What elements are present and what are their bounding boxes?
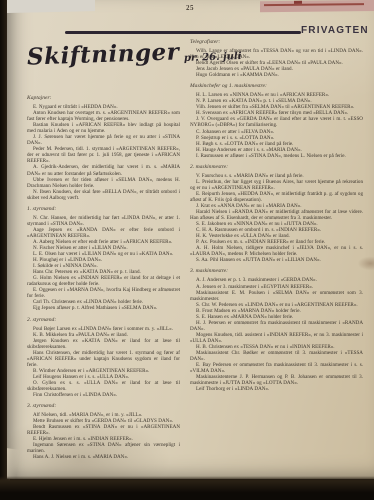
entry-paragraph: N. Ibsen Knudsen, der skal føre »BELLA D…	[27, 189, 180, 201]
cover-edge-mark	[294, 1, 302, 4]
entry-paragraph: G. Holm Nielsen ex »INDIAN REEFER« er il…	[27, 275, 180, 287]
entry-paragraph: Bendt Rasmussen ex »STINA DAN« er nu i »…	[27, 424, 180, 436]
entry-paragraph: Finn Christoffersen er i »LINDA DAN«.	[27, 392, 180, 398]
section-heading: Telegrafister:	[190, 39, 363, 46]
entry-paragraph: H. J. Petersen er ommønstret fra maskina…	[190, 320, 363, 332]
entry-paragraph: Hans Christensen, der midlertidig har væ…	[27, 350, 180, 368]
left-column: Kaptajner:E. Nygaard er tiltrådt i »HEDD…	[27, 95, 180, 460]
entry-paragraph: Bastian Knudsen i »AFRICAN REEFER« blev …	[27, 122, 180, 134]
entry-paragraph: J. V. Overgaard ex »GERDA DAN« er iland …	[190, 116, 363, 128]
entry-paragraph: Maskinassistenterne J. P. Hermansen og P…	[190, 374, 363, 386]
entry-paragraph: Ingemann Sørensen ex »STINA DAN« aftjene…	[27, 442, 180, 454]
entry-paragraph: Ubbe Iversen er for tiden afløser i »SEL…	[27, 177, 180, 189]
entry-paragraph: N. Chr. Hansen, der midlertidig har ført…	[27, 215, 180, 227]
magazine-page: 25 FRIVAGTEN Skiftningerpr. 26. juli Kap…	[7, 0, 374, 479]
entry-paragraph: S. Aa. Pihl Hansen ex »JUTTA DAN« er i »…	[190, 257, 363, 263]
entry-paragraph: S. Chr. W. Pedersen ex »LINDA DAN« er nu…	[190, 302, 363, 308]
cover-edge-band	[260, 0, 374, 12]
entry-paragraph: E. Bay Pedersen er ommønstret fra maskin…	[190, 362, 363, 374]
article-title: Skiftningerpr. 26. juli	[27, 42, 187, 68]
entry-paragraph: Ejg Jepsen afløser p. t. Alfred Mathiase…	[27, 305, 180, 311]
entry-paragraph: J. J. Sørensen har været hjemme på ferie…	[27, 134, 180, 146]
right-column: Telegrafister:Wilh. Lange er afmønstret …	[190, 39, 363, 392]
page-number: 25	[175, 4, 205, 13]
section-heading: Maskinchefer og 1. maskinmestre:	[190, 83, 363, 90]
entry-paragraph: E. Oggesen er i »MARNA DAN«, hvorfra Kaj…	[27, 287, 180, 299]
book-bottom-shadow	[0, 476, 374, 500]
entry-paragraph: I. Rasmussen er afløser i »STINA DAN«, m…	[190, 153, 363, 159]
entry-paragraph: Peder M. Pedersen, tidl. 1. styrmand i »…	[27, 146, 180, 164]
section-heading: Kaptajner:	[27, 95, 180, 102]
entry-paragraph: Leif Thorborg er i »LINDA DAN«.	[190, 386, 363, 392]
entry-paragraph: A. Gjedrik-Andersen, der midlertidig har…	[27, 164, 180, 176]
section-heading: 1. styrmænd:	[27, 206, 180, 213]
entry-paragraph: Harald Nielsen i »RANDA DAN« er midlerti…	[190, 209, 363, 221]
cover-edge-line	[264, 3, 364, 6]
entry-paragraph: E. Reipurth Jensen, »HEDDA DAN«, er midl…	[190, 191, 363, 203]
masthead-rule	[65, 31, 301, 34]
masthead-title: FRIVAGTEN	[301, 25, 373, 37]
entry-paragraph: Jørgen Knudsen ex »KATJA DAN« er iland f…	[27, 338, 180, 350]
entry-paragraph: Hugo Goldmann er i »KAMMA DAN«.	[190, 72, 363, 78]
section-heading: 2. maskinmestre:	[190, 164, 363, 171]
article-title-script: Skiftninger	[27, 39, 180, 70]
section-heading: 3. styrmænd:	[27, 403, 180, 410]
entry-paragraph: Mogens Knudsen, tidl. assistent i »INDIA…	[190, 332, 363, 344]
entry-paragraph: L. Preisthun, der har ligget syg i Bueno…	[190, 179, 363, 191]
adjacent-page-edge	[7, 0, 95, 13]
entry-paragraph: Maskinassistent E. M. Poulsen i »SELMA D…	[190, 290, 363, 302]
entry-paragraph: Anton Knudsen har overtaget m. s. »ARGEN…	[27, 110, 180, 122]
entry-paragraph: Poul Bøjer Larsen ex »LINDA DAN« fører i…	[27, 326, 180, 332]
entry-paragraph: Aage Jepsen ex »RANDA DAN« er efter feri…	[27, 227, 180, 239]
section-heading: 3. maskinmestre:	[190, 268, 363, 275]
book-page-photo: 25 FRIVAGTEN Skiftningerpr. 26. juli Kap…	[0, 0, 374, 500]
section-heading: 2. styrmænd:	[27, 317, 180, 324]
entry-paragraph: O. Gyllen ex s. s. »ULLA DAN« er iland f…	[27, 380, 180, 392]
entry-paragraph: Maskinassistent Chr. Bødker er ommønstre…	[190, 350, 363, 362]
entry-paragraph: A. H. Holm Nielsen, tidligere maskinchef…	[190, 245, 363, 257]
entry-paragraph: Hans A. J. Nielsen er i m. s. »MARIA DAN…	[27, 454, 180, 460]
entry-paragraph: Wilh. Lange er afmønstret fra »TESSA DAN…	[190, 48, 363, 60]
